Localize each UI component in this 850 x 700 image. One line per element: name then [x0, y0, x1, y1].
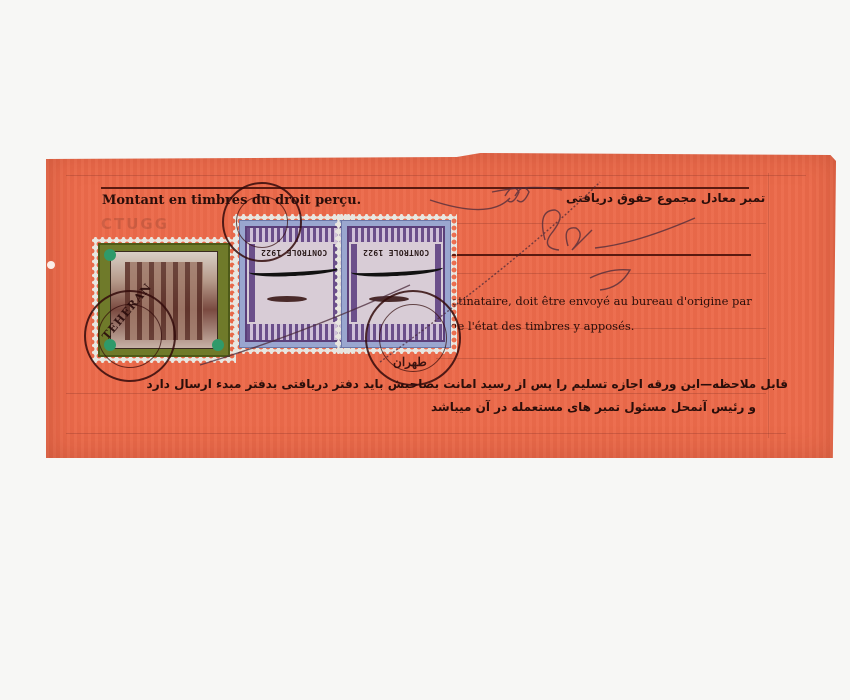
handwritten-annotations	[0, 0, 850, 700]
